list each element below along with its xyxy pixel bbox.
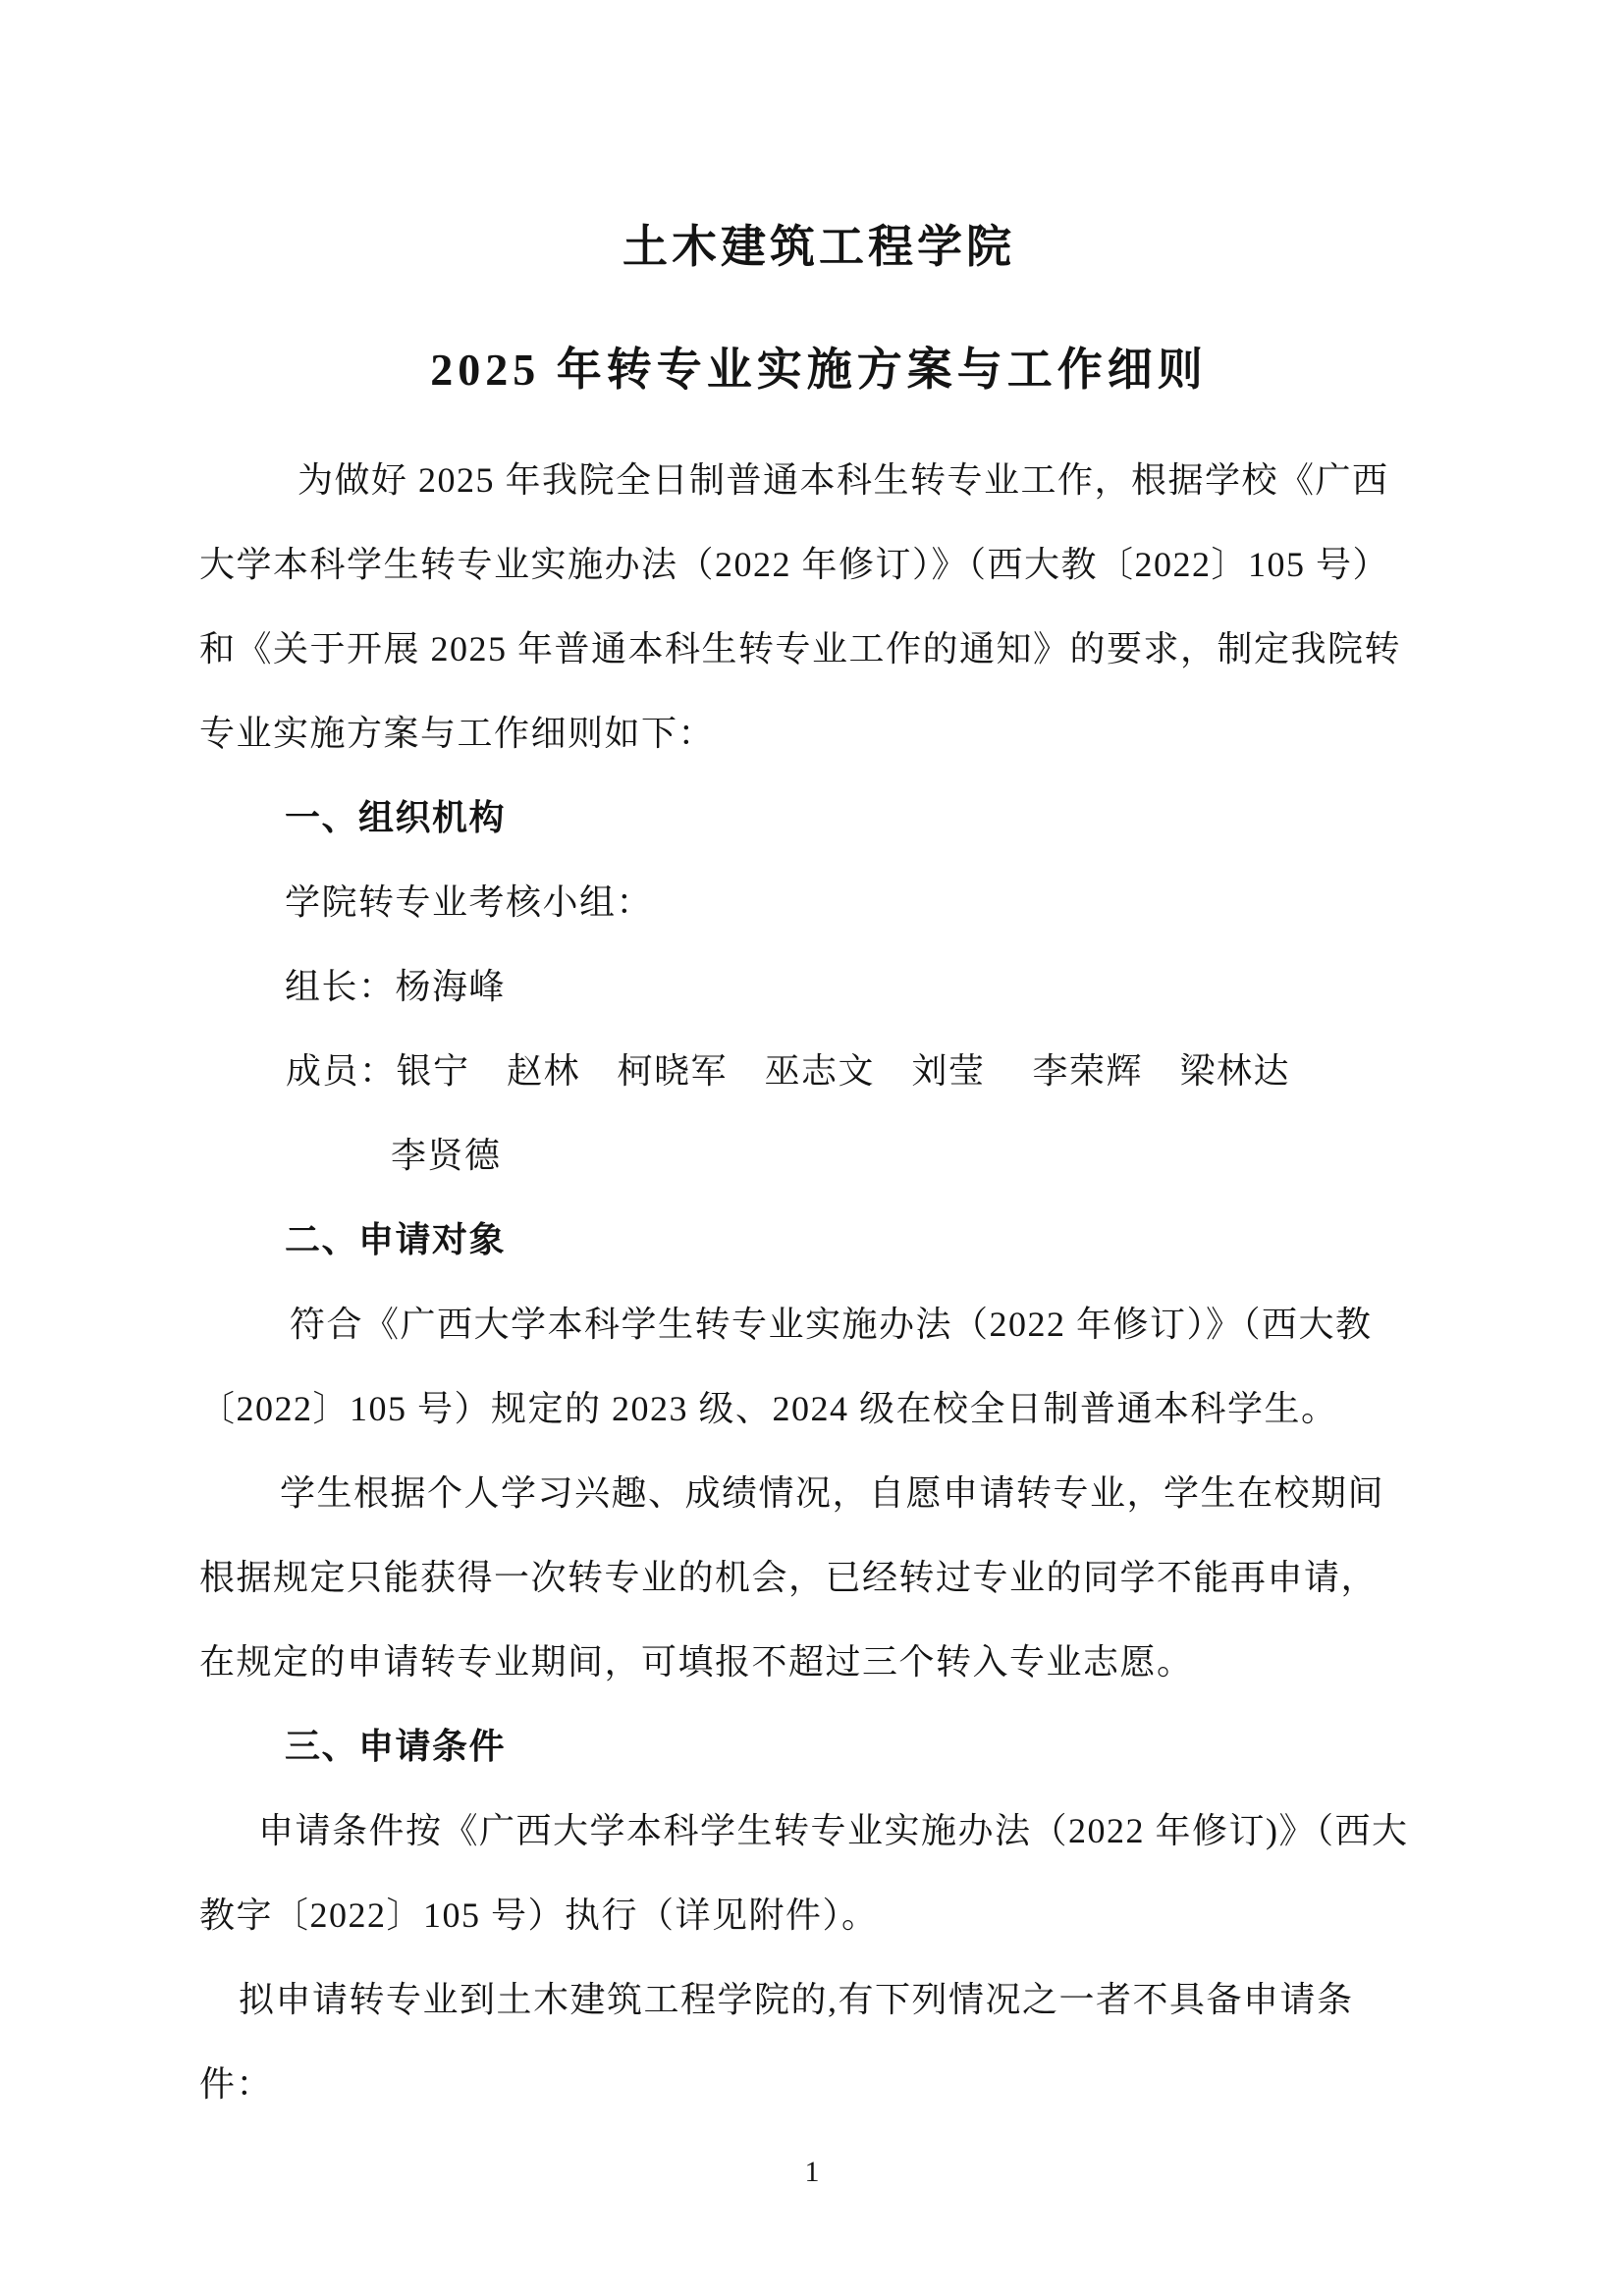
body-line: 大学本科学生转专业实施办法（2022 年修订）》（西大教〔2022〕105 号）: [199, 522, 1438, 607]
document-title: 土木建筑工程学院: [199, 205, 1438, 290]
body-line: 符合《广西大学本科学生转专业实施办法（2022 年修订）》（西大教: [199, 1282, 1438, 1366]
body-line: 学院转专业考核小组：: [199, 860, 1438, 944]
body-line: 和《关于开展 2025 年普通本科生转专业工作的通知》的要求，制定我院转: [199, 607, 1438, 691]
body-line: 根据规定只能获得一次转专业的机会，已经转过专业的同学不能再申请，: [199, 1535, 1438, 1620]
section-heading: 三、申请条件: [199, 1704, 1438, 1789]
body-line: 学生根据个人学习兴趣、成绩情况，自愿申请转专业，学生在校期间: [199, 1451, 1438, 1535]
section-heading: 二、申请对象: [199, 1198, 1438, 1282]
body-line: 为做好 2025 年我院全日制普通本科生转专业工作，根据学校《广西: [199, 438, 1438, 522]
page-number: 1: [0, 2156, 1624, 2189]
document-body: 为做好 2025 年我院全日制普通本科生转专业工作，根据学校《广西大学本科学生转…: [199, 438, 1438, 2126]
body-line: 专业实施方案与工作细则如下：: [199, 691, 1438, 775]
body-line: 李贤德: [199, 1113, 1438, 1198]
body-line: 组长：杨海峰: [199, 944, 1438, 1029]
body-line: 在规定的申请转专业期间，可填报不超过三个转入专业志愿。: [199, 1620, 1438, 1704]
body-line: 申请条件按《广西大学本科学生转专业实施办法（2022 年修订)》（西大: [199, 1789, 1438, 1873]
document-subtitle: 2025 年转专业实施方案与工作细则: [199, 328, 1438, 412]
body-line: 件：: [199, 2042, 1438, 2126]
document-content: 土木建筑工程学院 2025 年转专业实施方案与工作细则 为做好 2025 年我院…: [199, 0, 1438, 2126]
body-line: 教字〔2022〕105 号）执行（详见附件）。: [199, 1873, 1438, 1957]
body-line: 拟申请转专业到土木建筑工程学院的,有下列情况之一者不具备申请条: [199, 1957, 1438, 2042]
body-line: 〔2022〕105 号）规定的 2023 级、2024 级在校全日制普通本科学生…: [199, 1366, 1438, 1451]
body-line: 成员：银宁 赵林 柯晓军 巫志文 刘莹 李荣辉 梁林达: [199, 1029, 1438, 1113]
section-heading: 一、组织机构: [199, 775, 1438, 860]
document-page: 土木建筑工程学院 2025 年转专业实施方案与工作细则 为做好 2025 年我院…: [0, 0, 1624, 2296]
